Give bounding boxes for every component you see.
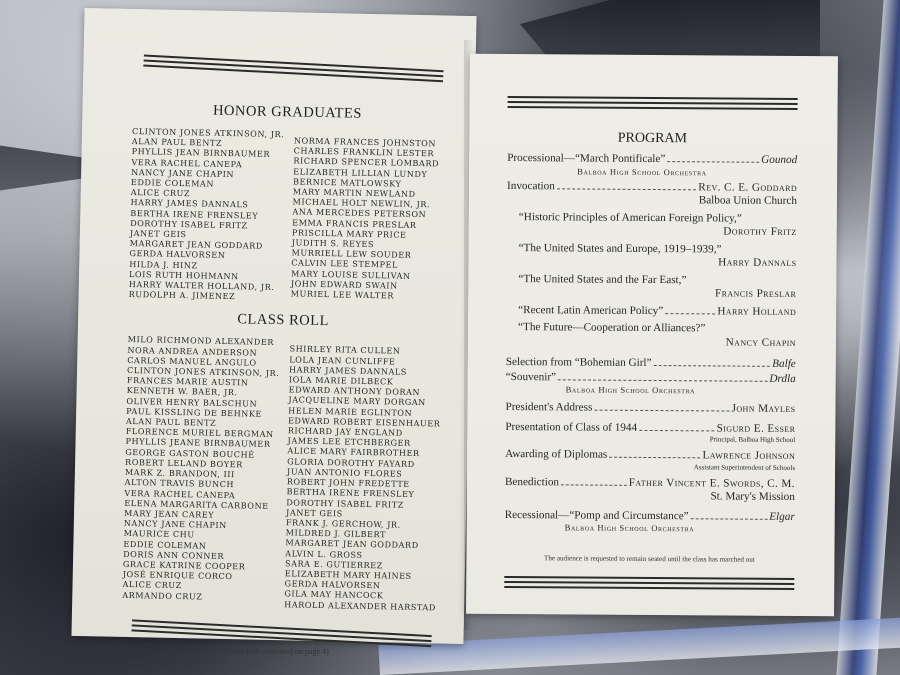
- speaker: Dorothy Fritz: [519, 224, 797, 239]
- program-item-invocation: Invocation Rev. C. E. Goddard Balboa Uni…: [507, 179, 797, 208]
- speech-title: “The United States and the Far East,”: [518, 273, 796, 288]
- item-label: Processional—“March Pontificale”: [507, 152, 665, 167]
- composer: Balfe: [772, 358, 796, 372]
- program-item-speech-3: “The United States and the Far East,” Fr…: [506, 272, 796, 301]
- speech-title: “Historic Principles of American Foreign…: [519, 211, 797, 226]
- affiliation: St. Mary's Mission: [505, 489, 795, 505]
- item-label: Awarding of Diplomas: [505, 448, 607, 462]
- program-item-benediction: Benediction Father Vincent E. Swords, C.…: [505, 475, 795, 504]
- leader-dots: [665, 313, 715, 314]
- program-item-speech-2: “The United States and Europe, 1919–1939…: [506, 241, 796, 270]
- honor-graduates-title: HONOR GRADUATES: [132, 101, 442, 124]
- item-label: President's Address: [505, 401, 592, 415]
- leader-dots: [667, 161, 759, 163]
- program-item-recessional: Recessional—“Pomp and Circumstance” Elga…: [505, 508, 795, 534]
- audience-notice: The audience is requested to remain seat…: [504, 554, 794, 564]
- leader-dots: [639, 429, 715, 431]
- performer: Balboa High School Orchestra: [505, 522, 795, 534]
- officiant: Father Vincent E. Swords, C. M.: [629, 476, 795, 491]
- speech-title: “The United States and Europe, 1919–1939…: [519, 242, 797, 257]
- top-rule-lines: [508, 96, 798, 112]
- program-item-souvenir: “Souvenir” Drdla Balboa High School Orch…: [506, 370, 796, 396]
- presenter-title: Assistant Superintendent of Schools: [505, 461, 795, 471]
- speaker: Nancy Chapin: [518, 335, 796, 350]
- speech-title: “Recent Latin American Policy”: [518, 304, 663, 319]
- program-item-speech-latin: “Recent Latin American Policy” Harry Hol…: [506, 303, 796, 319]
- name-entry: HAROLD ALEXANDER HARSTAD: [284, 599, 434, 612]
- top-rule-lines: [143, 55, 443, 85]
- bottom-rule-lines: [131, 619, 431, 649]
- name-entry: MURIEL LEE WALTER: [291, 288, 441, 301]
- class-roll-left-column: MILO RICHMOND ALEXANDERNORA ANDREA ANDER…: [122, 334, 290, 609]
- program-right-page: PROGRAM Processional—“March Pontificale”…: [466, 54, 838, 617]
- leader-dots: [558, 379, 767, 381]
- composer: Gounod: [761, 154, 797, 168]
- leader-dots: [609, 457, 700, 459]
- speaker: Harry Holland: [717, 305, 796, 319]
- honor-graduates-right-column: NORMA FRANCES JOHNSTONCHARLES FRANKLIN L…: [290, 129, 444, 306]
- item-label: Recessional—“Pomp and Circumstance”: [505, 508, 689, 523]
- officiant: Rev. C. E. Goddard: [698, 181, 797, 195]
- leader-dots: [654, 365, 771, 367]
- leader-dots: [557, 188, 696, 190]
- presenter: Sigurd E. Esser: [717, 422, 796, 436]
- honor-graduates-left-column: CLINTON JONES ATKINSON, JR.ALAN PAUL BEN…: [129, 126, 295, 303]
- item-label: Benediction: [505, 475, 559, 489]
- program-item-bohemian: Selection from “Bohemian Girl” Balfe: [506, 356, 796, 372]
- leader-dots: [691, 518, 768, 520]
- name-entry: ARMANDO CRUZ: [122, 589, 284, 603]
- item-label: Presentation of Class of 1944: [505, 420, 637, 434]
- speaker: Harry Dannals: [518, 255, 796, 270]
- composer: Elgar: [769, 510, 795, 524]
- class-roll-title: CLASS ROLL: [128, 309, 438, 332]
- program-item-diplomas: Awarding of Diplomas Lawrence Johnson As…: [505, 448, 795, 472]
- honor-graduates-list: CLINTON JONES ATKINSON, JR.ALAN PAUL BEN…: [129, 126, 443, 306]
- item-label: “Souvenir”: [506, 370, 556, 384]
- item-label: Selection from “Bohemian Girl”: [506, 356, 652, 371]
- performer: Balboa High School Orchestra: [507, 165, 797, 177]
- program-left-page: HONOR GRADUATES CLINTON JONES ATKINSON, …: [71, 8, 476, 644]
- bottom-rule-lines: [504, 576, 794, 592]
- program-item-presidents-address: President's Address John Mayles: [505, 401, 795, 417]
- presenter-title: Principal, Balboa High School: [505, 434, 795, 444]
- affiliation: Balboa Union Church: [507, 193, 797, 209]
- program-item-speech-4: “The Future—Cooperation or Alliances?” N…: [506, 321, 796, 350]
- program-item-speech-1: “Historic Principles of American Foreign…: [507, 210, 797, 239]
- program-title: PROGRAM: [507, 130, 797, 148]
- presenter: Lawrence Johnson: [702, 449, 795, 463]
- speaker: John Mayles: [732, 403, 796, 417]
- item-label: Invocation: [507, 179, 555, 193]
- program-item-presentation: Presentation of Class of 1944 Sigurd E. …: [505, 420, 795, 444]
- composer: Drdla: [769, 372, 795, 386]
- speaker: Francis Preslar: [518, 286, 796, 301]
- program-item-processional: Processional—“March Pontificale” Gounod …: [507, 152, 797, 178]
- class-roll-list: MILO RICHMOND ALEXANDERNORA ANDREA ANDER…: [122, 334, 438, 612]
- leader-dots: [594, 410, 729, 412]
- speech-title: “The Future—Cooperation or Alliances?”: [518, 321, 796, 336]
- leader-dots: [561, 484, 627, 485]
- class-roll-right-column: SHIRLEY RITA CULLENLOLA JEAN CUNLIFFEHAR…: [284, 338, 440, 612]
- performer: Balboa High School Orchestra: [506, 384, 796, 396]
- continued-note: (Class Roll continued on page 4): [121, 647, 431, 656]
